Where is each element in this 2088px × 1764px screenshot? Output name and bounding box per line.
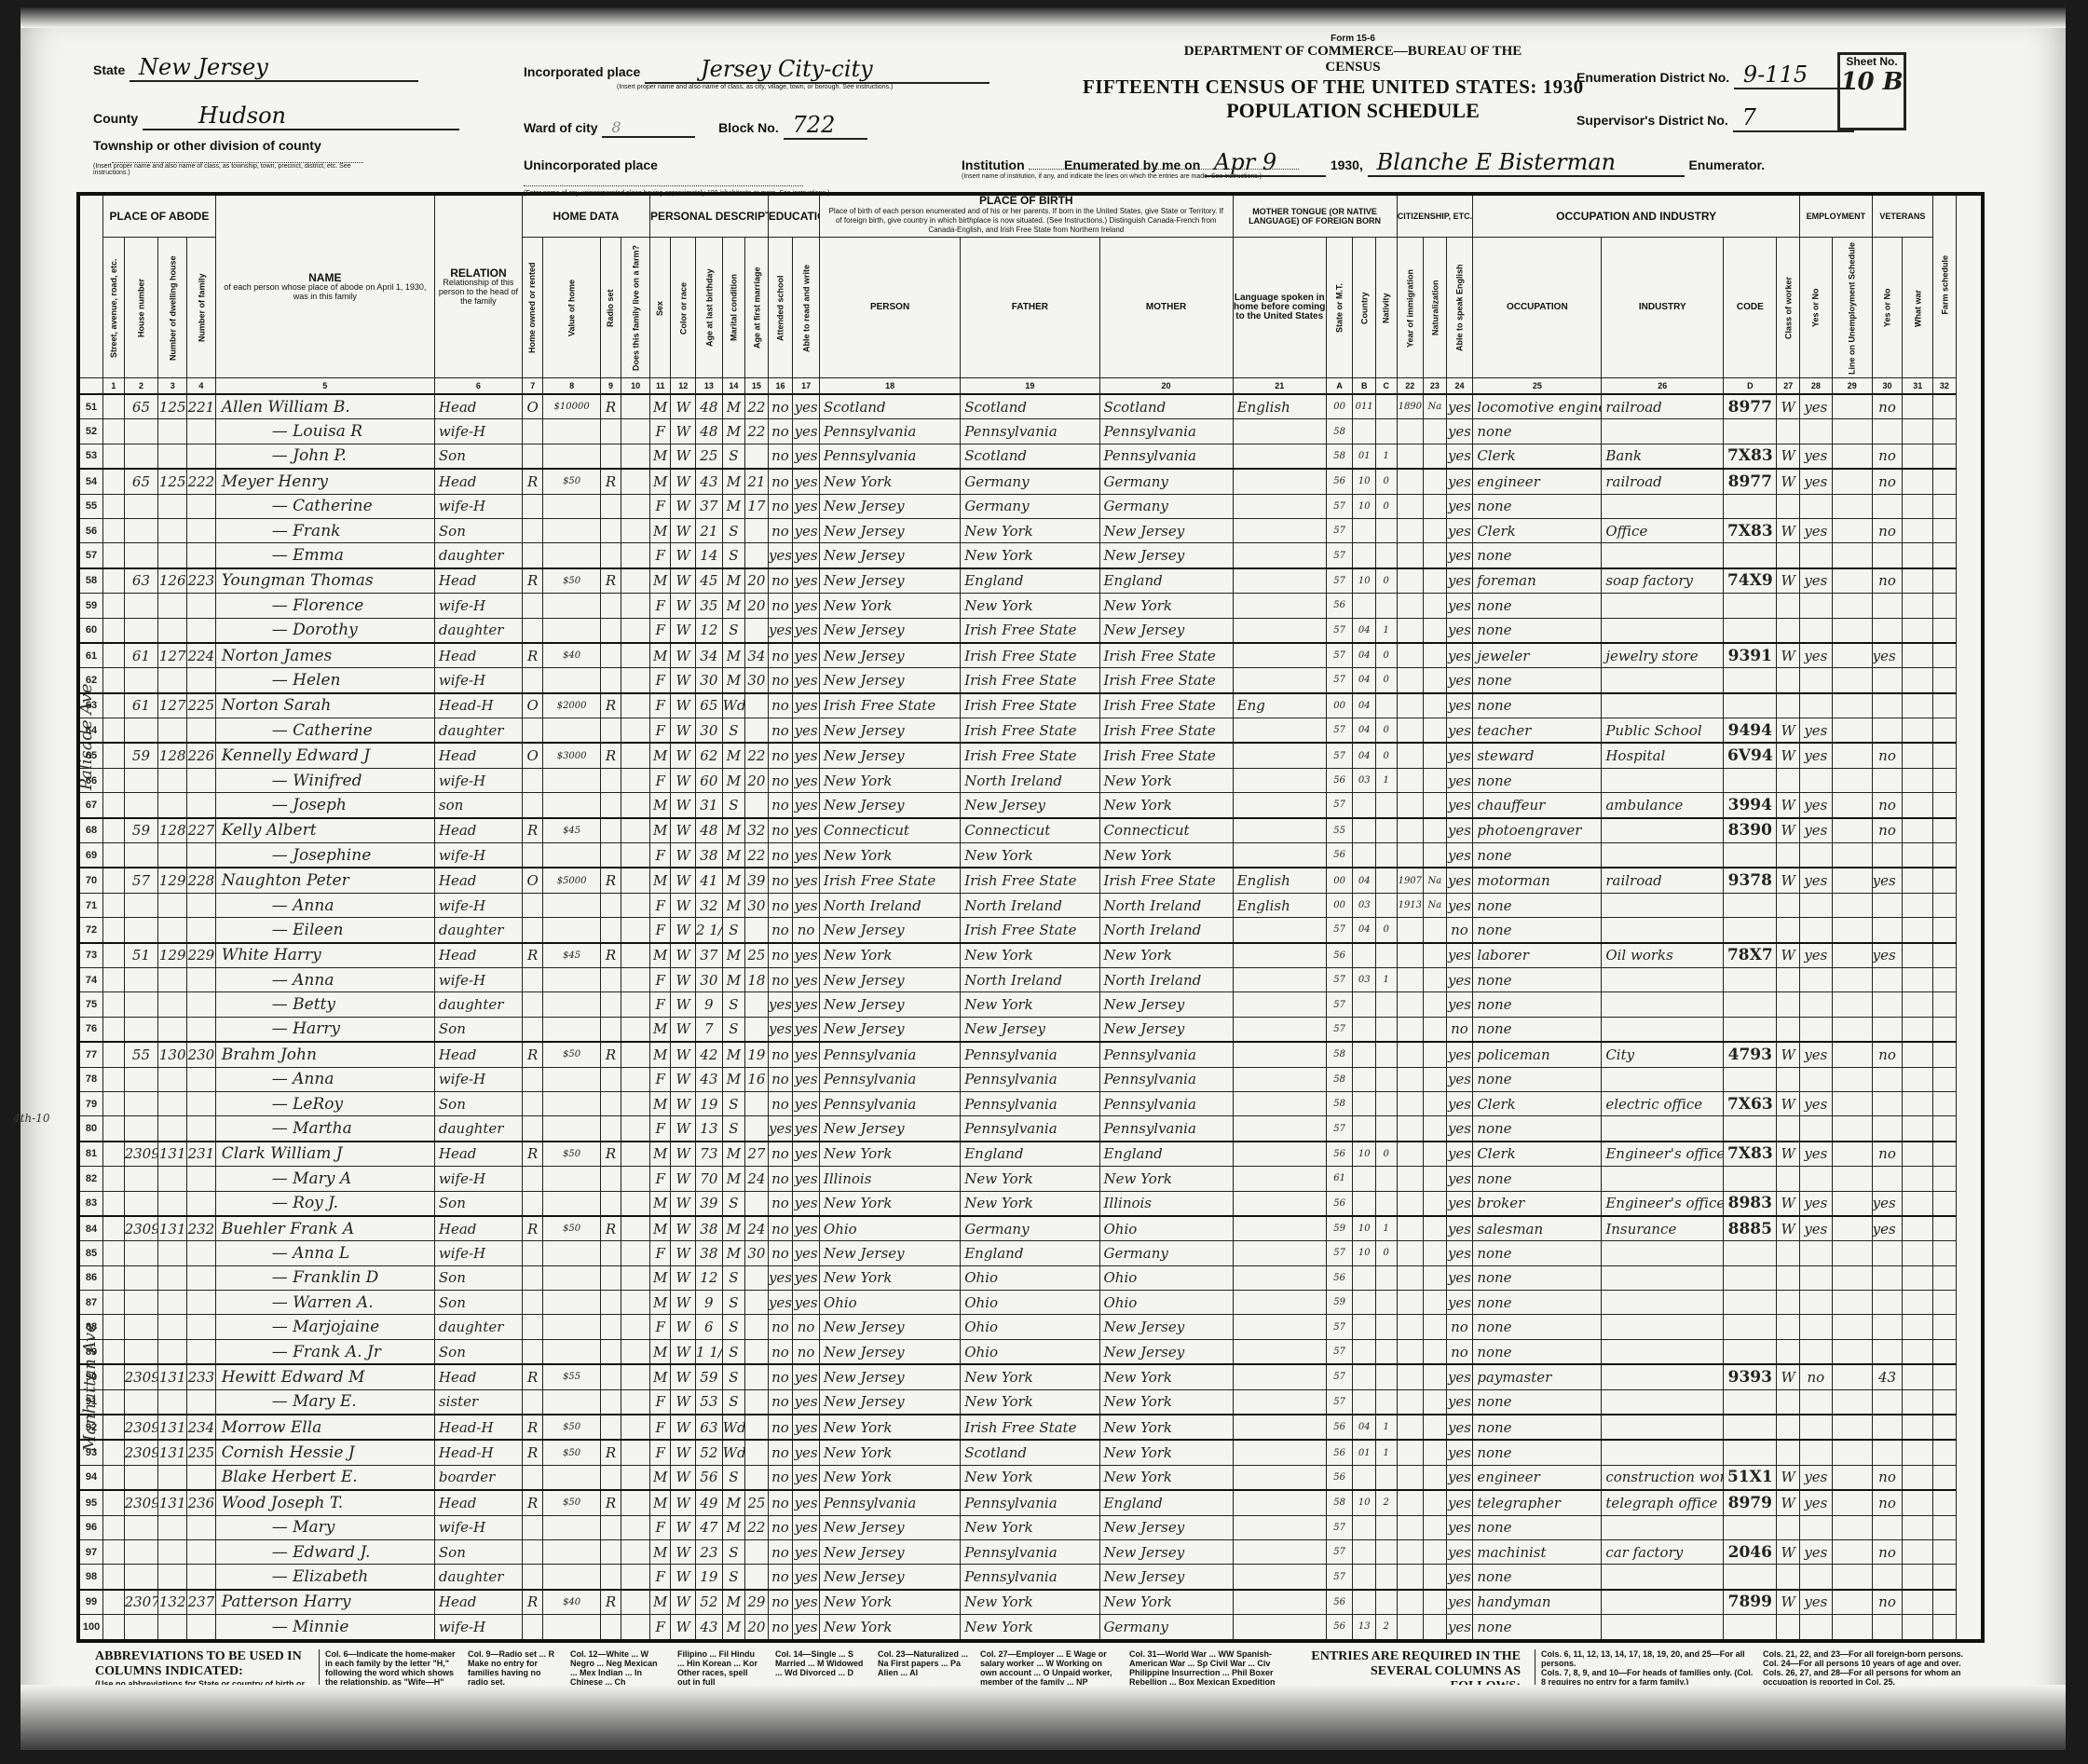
house-number: 65 [124,394,158,419]
immigration-year [1397,1389,1424,1415]
mother-tongue [1233,518,1326,542]
mother-tongue [1233,1265,1326,1290]
attended-school: no [768,1142,793,1167]
radio [600,768,621,792]
race: W [671,793,696,818]
code-a: 57 [1326,518,1353,542]
age-at-marriage: 20 [745,594,769,618]
birthplace: New Jersey [819,518,960,542]
home-value [543,768,600,792]
father-birthplace: North Ireland [961,893,1099,917]
column-number-8: 8 [543,378,600,395]
immigration-year [1397,793,1424,818]
immigration-year [1397,1539,1424,1564]
enumerator-name: Blanche E Bisterman [1368,149,1685,177]
race: W [671,818,696,843]
class-of-worker: W [1777,394,1800,419]
employed: yes [1799,1142,1832,1167]
mother-tongue: Eng [1233,693,1326,718]
immigration-year [1397,1364,1424,1389]
mother-tongue [1233,1167,1326,1191]
table-row: 812309131231Clark William JHeadR$50RMW73… [78,1142,1983,1167]
abbreviations-title: ABBREVIATIONS TO BE USED IN COLUMNS INDI… [95,1649,309,1679]
occupation-code [1724,1515,1777,1539]
column-number-20: 20 [1099,378,1233,395]
relation: Son [434,1539,522,1564]
farm [621,1389,650,1415]
father-birthplace: England [961,1142,1099,1167]
attended-school: no [768,918,793,943]
person-name: Patterson Harry [215,1590,434,1615]
mother-birthplace: Ohio [1099,1265,1233,1290]
birthplace: New Jersey [819,793,960,818]
occupation-code [1724,594,1777,618]
race: W [671,893,696,917]
sex: M [649,643,670,668]
race: W [671,967,696,991]
immigration-year [1397,843,1424,868]
person-name: Wood Joseph T. [215,1490,434,1515]
scan-edge-bottom [20,1685,2066,1750]
read-write: yes [793,618,820,643]
person-name: — Roy J. [215,1191,434,1216]
occupation: machinist [1473,1539,1602,1564]
radio [600,1241,621,1265]
speaks-english: yes [1446,793,1473,818]
veteran [1872,594,1903,618]
relation: son [434,793,522,818]
employed [1799,594,1832,618]
farm [621,768,650,792]
class-of-worker: W [1777,743,1800,768]
column-header-D: CODE [1724,238,1777,378]
unemployment-line [1832,643,1872,668]
mother-birthplace: New Jersey [1099,1315,1233,1339]
farm [621,868,650,893]
farm-schedule [1933,1490,1957,1515]
sex: F [649,918,670,943]
code-a: 57 [1326,618,1353,643]
race: W [671,943,696,968]
home-value [543,1465,600,1490]
sex: F [649,618,670,643]
occupation-code [1724,1167,1777,1191]
occupation: telegrapher [1473,1490,1602,1515]
county-value: Hudson [143,103,459,130]
family-number: 225 [187,693,216,718]
father-birthplace: New York [961,1364,1099,1389]
occupation-code: 3994 [1724,793,1777,818]
mother-birthplace: Ohio [1099,1291,1233,1315]
employed: yes [1799,1539,1832,1564]
age-at-marriage [745,1465,769,1490]
mother-birthplace: Ohio [1099,1216,1233,1241]
street [103,594,124,618]
column-header-10: Does this family live on a farm? [621,238,650,378]
farm [621,1091,650,1115]
occupation-code: 8390 [1724,818,1777,843]
what-war [1903,444,1933,469]
sex: M [649,1490,670,1515]
sex: F [649,594,670,618]
farm-schedule [1933,618,1957,643]
attended-school: no [768,1241,793,1265]
req1: Cols. 6, 11, 12, 13, 14, 17, 18, 19, 20,… [1541,1649,1755,1668]
family-number: 227 [187,818,216,843]
supervisor-value: 7 [1733,104,1854,132]
mother-birthplace: England [1099,1490,1233,1515]
attended-school: no [768,1167,793,1191]
veteran [1872,768,1903,792]
read-write: yes [793,1216,820,1241]
immigration-year [1397,1415,1424,1440]
mother-birthplace: New York [1099,1465,1233,1490]
home-owned-rented [522,594,542,618]
person-name: — Anna [215,967,434,991]
naturalization [1424,1042,1447,1067]
employed [1799,1291,1832,1315]
mother-tongue [1233,1315,1326,1339]
column-number-14: 14 [722,378,745,395]
line-number: 54 [78,469,103,494]
radio [600,918,621,943]
code-c [1375,518,1397,542]
code-a: 57 [1326,643,1353,668]
relation: Head [434,643,522,668]
table-row: 5165125221Allen William B.HeadO$10000RMW… [78,394,1983,419]
code-a: 56 [1326,469,1353,494]
speaks-english: yes [1446,992,1473,1017]
employed [1799,1339,1832,1364]
class-of-worker [1777,1067,1800,1091]
immigration-year [1397,1565,1424,1590]
family-number [187,1315,216,1339]
read-write: yes [793,893,820,917]
home-value [543,843,600,868]
ward-label: Ward of city [524,120,598,135]
unemployment-line [1832,419,1872,444]
column-number-21: 21 [1233,378,1326,395]
sex: F [649,1415,670,1440]
street [103,1465,124,1490]
industry: Engineer's office [1602,1142,1724,1167]
person-name: — Frank A. Jr [215,1339,434,1364]
unemployment-line [1832,568,1872,594]
radio [600,594,621,618]
age-at-marriage: 17 [745,494,769,518]
column-number-1: 1 [103,378,124,395]
employed [1799,1440,1832,1465]
person-name: — Anna L [215,1241,434,1265]
age-at-marriage: 30 [745,668,769,693]
industry [1602,1515,1724,1539]
read-write: yes [793,444,820,469]
race: W [671,469,696,494]
dwelling-number [158,1091,187,1115]
farm-schedule [1933,768,1957,792]
sex: F [649,1515,670,1539]
veteran: yes WW [1872,643,1903,668]
sex: F [649,494,670,518]
industry [1602,1364,1724,1389]
employed [1799,1067,1832,1091]
name-header-title: NAME [220,273,430,282]
unemployment-line [1832,1389,1872,1415]
place-of-birth-header: PLACE OF BIRTH Place of birth of each pe… [819,194,1233,238]
radio: R [600,469,621,494]
sex: M [649,1265,670,1290]
immigration-year [1397,1241,1424,1265]
farm-schedule [1933,1565,1957,1590]
class-of-worker [1777,494,1800,518]
occupation: none [1473,1067,1602,1091]
farm [621,943,650,968]
employed: yes [1799,1216,1832,1241]
industry [1602,768,1724,792]
unemployment-line [1832,868,1872,893]
family-number: 223 [187,568,216,594]
column-number-30: 30 [1872,378,1903,395]
birthplace: New Jersey [819,1364,960,1389]
dwelling-number [158,1241,187,1265]
family-number: 236 [187,1490,216,1515]
family-number [187,1091,216,1115]
code-b [1353,1465,1376,1490]
enumerated-field: Enumerated by me on Apr 9 1930, Blanche … [1064,149,1765,177]
occupation: none [1473,1515,1602,1539]
street [103,394,124,419]
occupation-code [1724,992,1777,1017]
mother-tongue [1233,1191,1326,1216]
table-row: 80— MarthadaughterFW13SyesyesNew JerseyP… [78,1116,1983,1142]
farm-schedule [1933,1315,1957,1339]
immigration-year [1397,1291,1424,1315]
dwelling-number [158,1116,187,1142]
class-of-worker [1777,1265,1800,1290]
unemployment-line [1832,1191,1872,1216]
relation: Son [434,1339,522,1364]
unemployment-line [1832,793,1872,818]
occupation-code: 9393 [1724,1364,1777,1389]
unemployment-line [1832,469,1872,494]
line-number: 90 [78,1364,103,1389]
code-c: 0 [1375,743,1397,768]
street [103,1216,124,1241]
code-a: 58 [1326,1091,1353,1115]
race: W [671,543,696,568]
immigration-year [1397,543,1424,568]
father-birthplace: New York [961,543,1099,568]
race: W [671,768,696,792]
column-header-3: Number of dwelling house [158,238,187,378]
table-row: 7351129229White HarryHeadR$45RMW37M25noy… [78,943,1983,968]
unemployment-line [1832,1515,1872,1539]
speaks-english: yes [1446,1440,1473,1465]
family-number [187,1191,216,1216]
table-row: 97— Edward J.SonMW23SnoyesNew JerseyPenn… [78,1539,1983,1564]
person-name: — Frank [215,518,434,542]
township-field: Township or other division of county (In… [93,138,363,176]
what-war [1903,1265,1933,1290]
age-at-marriage: 25 [745,1490,769,1515]
race: W [671,843,696,868]
farm [621,793,650,818]
table-row: 56— FrankSonMW21SnoyesNew JerseyNew York… [78,518,1983,542]
code-c [1375,1091,1397,1115]
marital-status: S [722,718,745,744]
column-header-21: Language spoken in home before coming to… [1233,238,1326,378]
table-row: 6559128226Kennelly Edward JHeadO$3000RMW… [78,743,1983,768]
race: W [671,494,696,518]
naturalization [1424,1339,1447,1364]
farm-schedule [1933,1465,1957,1490]
mother-tongue [1233,494,1326,518]
unemployment-line [1832,394,1872,419]
table-row: 5465125222Meyer HenryHeadR$50RMW43M21noy… [78,469,1983,494]
ed-label: Enumeration District No. [1576,70,1729,85]
mother-birthplace: Pennsylvania [1099,1116,1233,1142]
code-b [1353,992,1376,1017]
line-number: 75 [78,992,103,1017]
street [103,1339,124,1364]
marital-status: S [722,1565,745,1590]
naturalization [1424,643,1447,668]
attended-school: yes [768,1017,793,1042]
industry [1602,843,1724,868]
home-owned-rented [522,893,542,917]
marital-status: S [722,992,745,1017]
sex: M [649,1339,670,1364]
mother-birthplace: New York [1099,1590,1233,1615]
sex: F [649,1067,670,1091]
age: 45 [696,568,723,594]
code-c [1375,1067,1397,1091]
dwelling-number [158,793,187,818]
table-row: 83— Roy J.SonMW39SnoyesNew YorkNew YorkI… [78,1191,1983,1216]
occupation: none [1473,1440,1602,1465]
farm [621,1017,650,1042]
relation: Head [434,943,522,968]
farm-schedule [1933,1017,1957,1042]
occupation-code [1724,1440,1777,1465]
radio: R [600,394,621,419]
class-of-worker [1777,618,1800,643]
enumerator-label: Enumerator. [1688,157,1765,172]
family-number [187,1067,216,1091]
relation: daughter [434,918,522,943]
naturalization [1424,1142,1447,1167]
home-owned-rented [522,618,542,643]
attended-school: no [768,718,793,744]
relation: Head-H [434,1415,522,1440]
street [103,1515,124,1539]
column-header-15: Age at first marriage [745,238,769,378]
veteran [1872,1389,1903,1415]
speaks-english: yes [1446,394,1473,419]
street [103,1241,124,1265]
person-name: Youngman Thomas [215,568,434,594]
mother-tongue [1233,1116,1326,1142]
veteran: no [1872,444,1903,469]
speaks-english: yes [1446,643,1473,668]
marital-status: M [722,1241,745,1265]
mother-tongue [1233,1465,1326,1490]
immigration-year [1397,1216,1424,1241]
immigration-year [1397,668,1424,693]
dwelling-number [158,494,187,518]
race: W [671,1389,696,1415]
speaks-english: yes [1446,718,1473,744]
marital-status: S [722,1364,745,1389]
family-number [187,419,216,444]
radio [600,1415,621,1440]
code-c [1375,1515,1397,1539]
industry: construction work [1602,1465,1724,1490]
code-c [1375,992,1397,1017]
code-a: 56 [1326,1465,1353,1490]
person-name: — Marjojaine [215,1315,434,1339]
race: W [671,1615,696,1641]
occupation: none [1473,668,1602,693]
family-number [187,1017,216,1042]
sex: F [649,1389,670,1415]
code-a: 57 [1326,1539,1353,1564]
table-row: 82— Mary Awife-HFW70M24noyesIllinoisNew … [78,1167,1983,1191]
occupation-code [1724,693,1777,718]
naturalization [1424,494,1447,518]
father-birthplace: Pennsylvania [961,1539,1099,1564]
industry [1602,1389,1724,1415]
marital-status: S [722,1091,745,1115]
employed: yes [1799,718,1832,744]
relation-header-title: RELATION [439,268,518,278]
radio [600,1615,621,1641]
father-birthplace: New Jersey [961,793,1099,818]
person-name: — Dorothy [215,618,434,643]
table-row: 922309131234Morrow EllaHead-HR$50FW63Wdn… [78,1415,1983,1440]
sex: M [649,1191,670,1216]
mother-tongue [1233,1067,1326,1091]
race: W [671,1017,696,1042]
home-value [543,494,600,518]
employed: yes [1799,1590,1832,1615]
house-number [124,843,158,868]
immigration-year [1397,743,1424,768]
age-at-marriage [745,918,769,943]
mother-tongue [1233,1615,1326,1641]
dwelling-number: 129 [158,943,187,968]
farm [621,1565,650,1590]
street [103,444,124,469]
family-number [187,1265,216,1290]
employed: yes [1799,1465,1832,1490]
speaks-english: yes [1446,1142,1473,1167]
father-birthplace: Irish Free State [961,668,1099,693]
class-of-worker: W [1777,518,1800,542]
immigration-year [1397,918,1424,943]
table-row: 7057129228Naughton PeterHeadO$5000RMW41M… [78,868,1983,893]
unincorporated-label: Unincorporated place [524,157,658,172]
class-of-worker: W [1777,1191,1800,1216]
unemployment-line [1832,1415,1872,1440]
occupation: engineer [1473,469,1602,494]
speaks-english: yes [1446,1116,1473,1142]
naturalization [1424,768,1447,792]
unemployment-line [1832,1265,1872,1290]
person-name: — Minnie [215,1615,434,1641]
occupation-code [1724,1291,1777,1315]
dwelling-number [158,843,187,868]
